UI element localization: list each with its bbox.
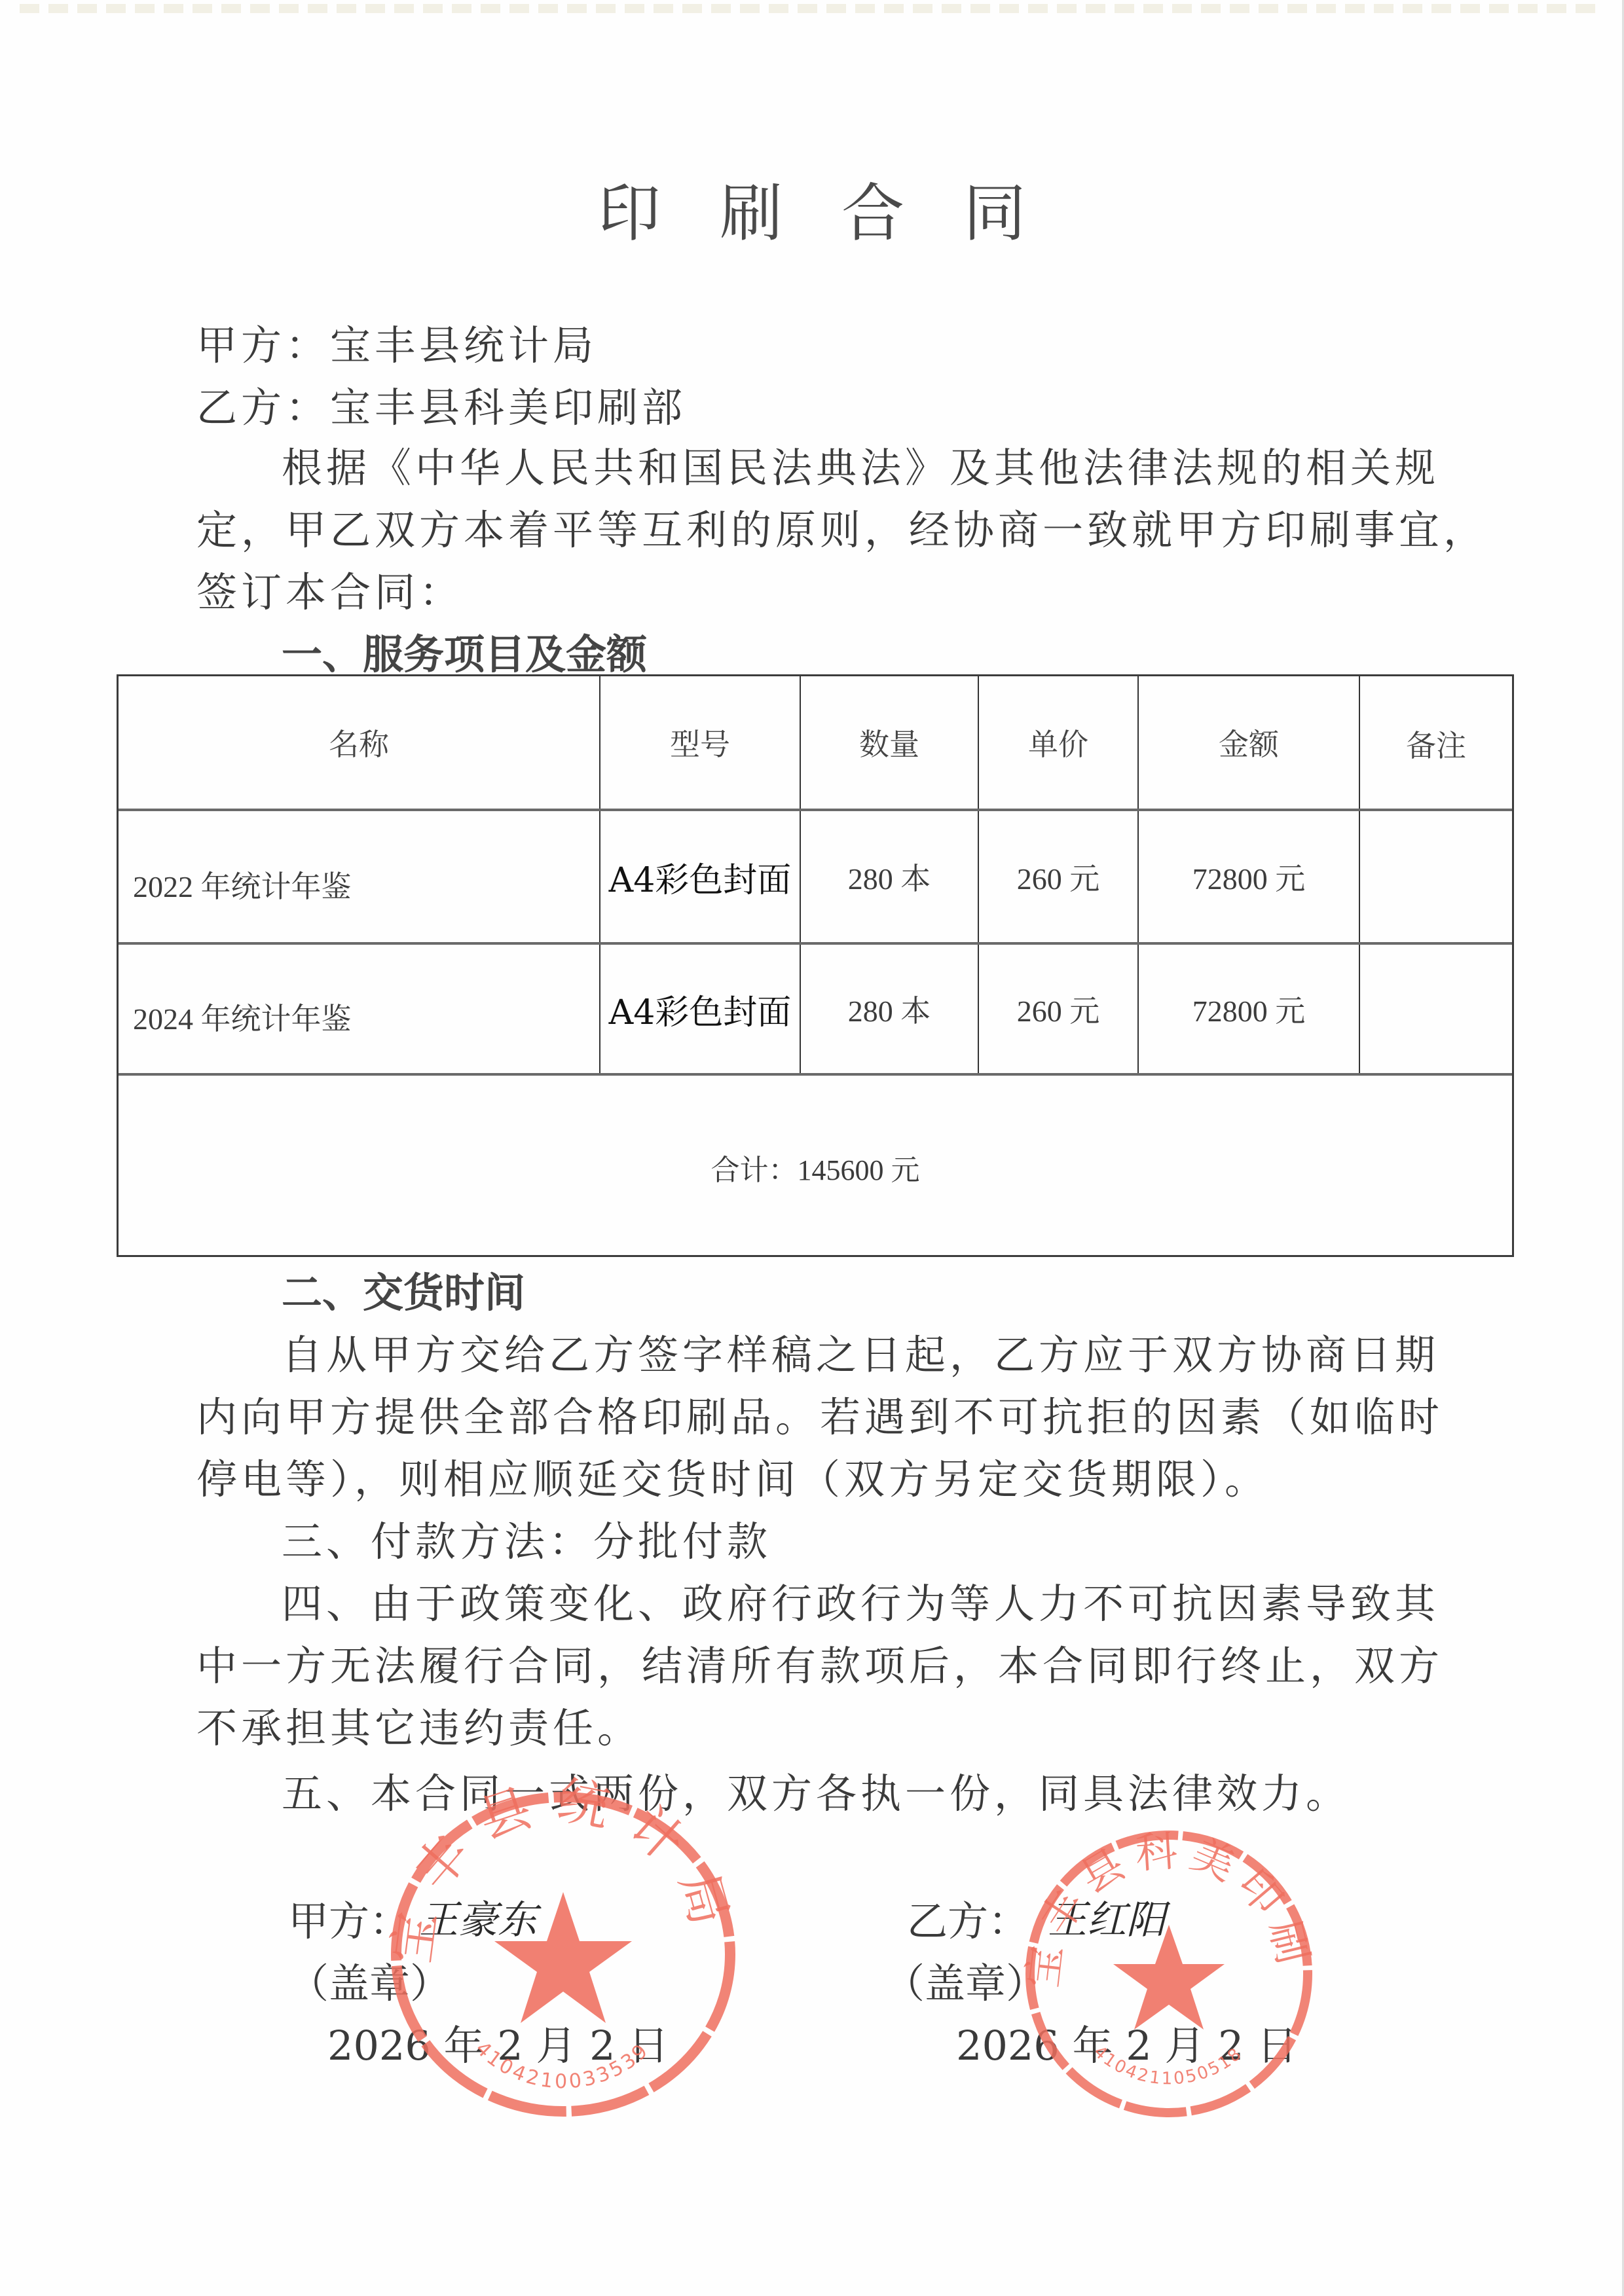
stamp-a-serial: 4104210033539 bbox=[471, 2037, 654, 2094]
document-title: 印刷合同 bbox=[0, 164, 1624, 253]
stamp-b-serial: 4104211050518 bbox=[1090, 2042, 1247, 2088]
section-4-line-1: 四、由于政策变化、政府行政行为等人力不可抗因素导致其 bbox=[282, 1571, 1439, 1630]
cell-amount: 72800 元 bbox=[1139, 945, 1360, 1073]
scan-artifact bbox=[20, 4, 1604, 13]
section-4-line-2: 中一方无法履行合同，结清所有款项后，本合同即行终止，双方 bbox=[196, 1633, 1443, 1692]
cell-note bbox=[1360, 811, 1512, 942]
table-row: 2022 年统计年鉴 A4彩色封面 280 本 260 元 72800 元 bbox=[119, 811, 1512, 945]
contract-page: 印刷合同 甲方：宝丰县统计局 乙方：宝丰县科美印刷部 根据《中华人民共和国民法典… bbox=[0, 0, 1624, 2296]
cell-quantity: 280 本 bbox=[801, 811, 979, 942]
header-note: 备注 bbox=[1360, 676, 1512, 809]
section-3-payment: 三、付款方法：分批付款 bbox=[282, 1509, 771, 1567]
service-items-table: 名称 型号 数量 单价 金额 备注 2022 年统计年鉴 A4彩色封面 280 … bbox=[117, 674, 1514, 1257]
section-2-heading: 二、交货时间 bbox=[282, 1260, 525, 1319]
cell-name: 2022 年统计年鉴 bbox=[119, 811, 600, 942]
table-row: 2024 年统计年鉴 A4彩色封面 280 本 260 元 72800 元 bbox=[119, 945, 1512, 1076]
stamp-circle-icon: 宝丰县科美印刷部 4104211050518 bbox=[1022, 1827, 1316, 2121]
party-b-line: 乙方：宝丰县科美印刷部 bbox=[196, 375, 686, 433]
section-2-line-3: 停电等），则相应顺延交货时间（双方另定交货期限）。 bbox=[196, 1447, 1269, 1505]
section-2-line-2: 内向甲方提供全部合格印刷品。若遇到不可抗拒的因素（如临时 bbox=[196, 1385, 1443, 1443]
party-b-sign-label: 乙方： bbox=[907, 1889, 1029, 1947]
party-b-official-stamp: 宝丰县科美印刷部 4104211050518 bbox=[1022, 1827, 1316, 2121]
cell-amount: 72800 元 bbox=[1139, 811, 1360, 942]
header-name: 名称 bbox=[119, 676, 600, 809]
party-a-line: 甲方：宝丰县统计局 bbox=[196, 313, 597, 371]
intro-line-2: 定，甲乙双方本着平等互利的原则，经协商一致就甲方印刷事宜， bbox=[196, 498, 1488, 556]
cell-unit-price: 260 元 bbox=[979, 945, 1139, 1073]
cell-unit-price: 260 元 bbox=[979, 811, 1139, 942]
intro-line-3: 签订本合同： bbox=[196, 560, 464, 618]
cell-quantity: 280 本 bbox=[801, 945, 979, 1073]
header-model: 型号 bbox=[600, 676, 801, 809]
cell-model: A4彩色封面 bbox=[600, 811, 801, 942]
cell-model: A4彩色封面 bbox=[600, 945, 801, 1073]
section-1-heading: 一、服务项目及金额 bbox=[282, 622, 647, 680]
svg-text:4104211050518: 4104211050518 bbox=[1090, 2042, 1247, 2088]
cell-name: 2024 年统计年鉴 bbox=[119, 945, 600, 1073]
header-quantity: 数量 bbox=[801, 676, 979, 809]
svg-text:4104210033539: 4104210033539 bbox=[471, 2037, 654, 2094]
section-2-line-1: 自从甲方交给乙方签字样稿之日起，乙方应于双方协商日期 bbox=[282, 1322, 1439, 1381]
header-unit-price: 单价 bbox=[979, 676, 1139, 809]
cell-note bbox=[1360, 945, 1512, 1073]
header-amount: 金额 bbox=[1139, 676, 1360, 809]
intro-line-1: 根据《中华人民共和国民法典法》及其他法律法规的相关规 bbox=[282, 435, 1439, 494]
table-total: 合计：145600 元 bbox=[119, 1076, 1512, 1259]
party-a-official-stamp: 宝丰县统计局 4104210033539 bbox=[386, 1787, 740, 2121]
stamp-circle-icon: 宝丰县统计局 4104210033539 bbox=[386, 1787, 740, 2121]
table-header-row: 名称 型号 数量 单价 金额 备注 bbox=[119, 676, 1512, 811]
section-4-line-3: 不承担其它违约责任。 bbox=[196, 1696, 642, 1754]
